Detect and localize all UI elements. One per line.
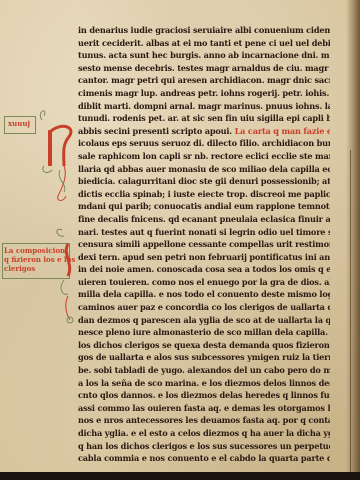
text-line: uerit ceciderit. albas at ei mo tanti et… <box>78 36 330 49</box>
text-line: nari. testes aut q fuerint nonati si leg… <box>78 225 330 238</box>
text-line: dan dezmos q parescen ala yglia de sco a… <box>78 313 330 326</box>
decorated-initial-n-flourish <box>34 104 78 204</box>
text-line: dicha yglia. e el esto a celos diezmos q… <box>78 427 330 440</box>
text-line: biedicia. calagurritani dioc ste gii den… <box>78 175 330 188</box>
text-line: llaria qd abbas auer monasiu de sco mili… <box>78 162 330 175</box>
text-line: sale raphicom lon capli sr nb. rectore e… <box>78 150 330 163</box>
text-segment: abbis secini presenti scripto apoui. <box>78 125 232 135</box>
page-fold-line <box>350 150 351 476</box>
text-line: dexi tern. apud sen petri non februarij … <box>78 250 330 263</box>
text-line: in denarius iudie graciosi seruiaire alb… <box>78 24 330 37</box>
text-line: nos e nros antecessores les deuamos fast… <box>78 414 330 427</box>
text-line: fine decalis fnicens. qd ecanant pneulai… <box>78 213 330 226</box>
text-line: be. sobi tabladi de yugo. alexandos del … <box>78 364 330 377</box>
text-line: caminos auer paz e concordia co los cler… <box>78 301 330 314</box>
text-line: tunudi. rodenis pet. ar. at sic sen fin … <box>78 112 330 125</box>
text-line: gos de uallarta e alos sus subcessores y… <box>78 351 330 364</box>
text-line: tunus. acta sunt hec burgis. anno ab inc… <box>78 49 330 62</box>
decorated-initial-s-flourish <box>52 224 78 324</box>
text-line-with-rubric: abbis secini presenti scripto apoui. La … <box>78 124 330 137</box>
text-line: milla dela capilla. e nos todo el conuen… <box>78 288 330 301</box>
text-line: censura simili appellone cessante compel… <box>78 238 330 251</box>
text-line: a los la seña de sco marina. e los diezm… <box>78 376 330 389</box>
text-line: dictis ecclia spinab; i iuste eiecte tro… <box>78 187 330 200</box>
text-line: mdani qui parib; conuocatis andial eum r… <box>78 200 330 213</box>
text-line: icolaus eps seruus seruoz di. dilecto fi… <box>78 137 330 150</box>
text-line: cnto qlos dannos. e los diezmos delas he… <box>78 389 330 402</box>
page-bottom-edge <box>0 472 360 476</box>
text-line: cantor. magr petri qui aresen archidiaco… <box>78 74 330 87</box>
text-line: nesce pleno iure almonasterio de sco mil… <box>78 326 330 339</box>
text-line: in dei noie amen. conoscada cosa sea a t… <box>78 263 330 276</box>
text-line: cabla commia e nos conuento e el cabdo l… <box>78 452 330 465</box>
text-line: diblit marti. dompni arnal. magr marinus… <box>78 99 330 112</box>
main-text-block: in denarius iudie graciosi seruiaire alb… <box>78 24 330 465</box>
text-line: q han los dichos clerigos e los sus suce… <box>78 439 330 452</box>
inline-rubric: La carta q man fazie el obp dela eglia d… <box>235 125 330 135</box>
page-gutter-shadow <box>346 0 360 476</box>
margin-rubric-number: xuuuj <box>8 119 30 128</box>
text-line: cimenis magr lup. andreas petr. iohns ro… <box>78 87 330 100</box>
manuscript-page: xuuuj La composicion q fizieron los e lo… <box>0 0 360 476</box>
